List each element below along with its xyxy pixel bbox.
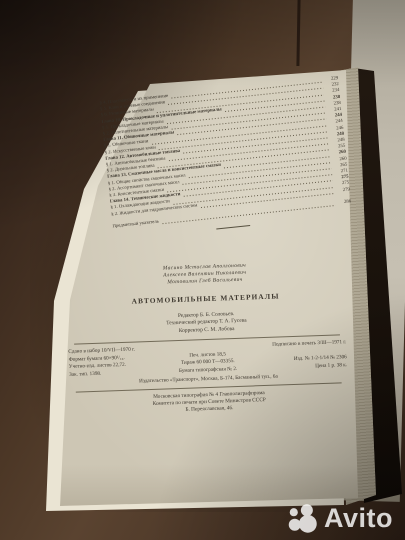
avito-watermark-label: Avito: [324, 503, 393, 534]
page-content: § 4. Пластмассы и их применение 229 § 5.…: [0, 0, 405, 540]
toc-page-number: 279: [336, 187, 351, 195]
book-photo: § 4. Пластмассы и их применение 229 § 5.…: [0, 0, 405, 540]
avito-four-dots-icon: [287, 503, 318, 534]
printer-block: Московская типография № 4 Главполиграфпр…: [70, 387, 349, 418]
editors-block: Редактор Б. Б. Соловьев. Технический ред…: [67, 307, 346, 339]
avito-watermark: Avito: [287, 503, 393, 534]
toc-end-rule: [216, 225, 250, 230]
toc-page-number: 286: [337, 199, 352, 207]
table-of-contents: § 4. Пластмассы и их применение 229 § 5.…: [99, 76, 352, 240]
colophon-block: Масино Мстислав Аполлонович Алексеев Вал…: [65, 259, 348, 418]
book-title: АВТОМОБИЛЬНЫЕ МАТЕРИАЛЫ: [67, 289, 345, 308]
authors-block: Масино Мстислав Аполлонович Алексеев Вал…: [65, 259, 344, 290]
toc-entry-label: Предметный указатель: [112, 219, 159, 230]
